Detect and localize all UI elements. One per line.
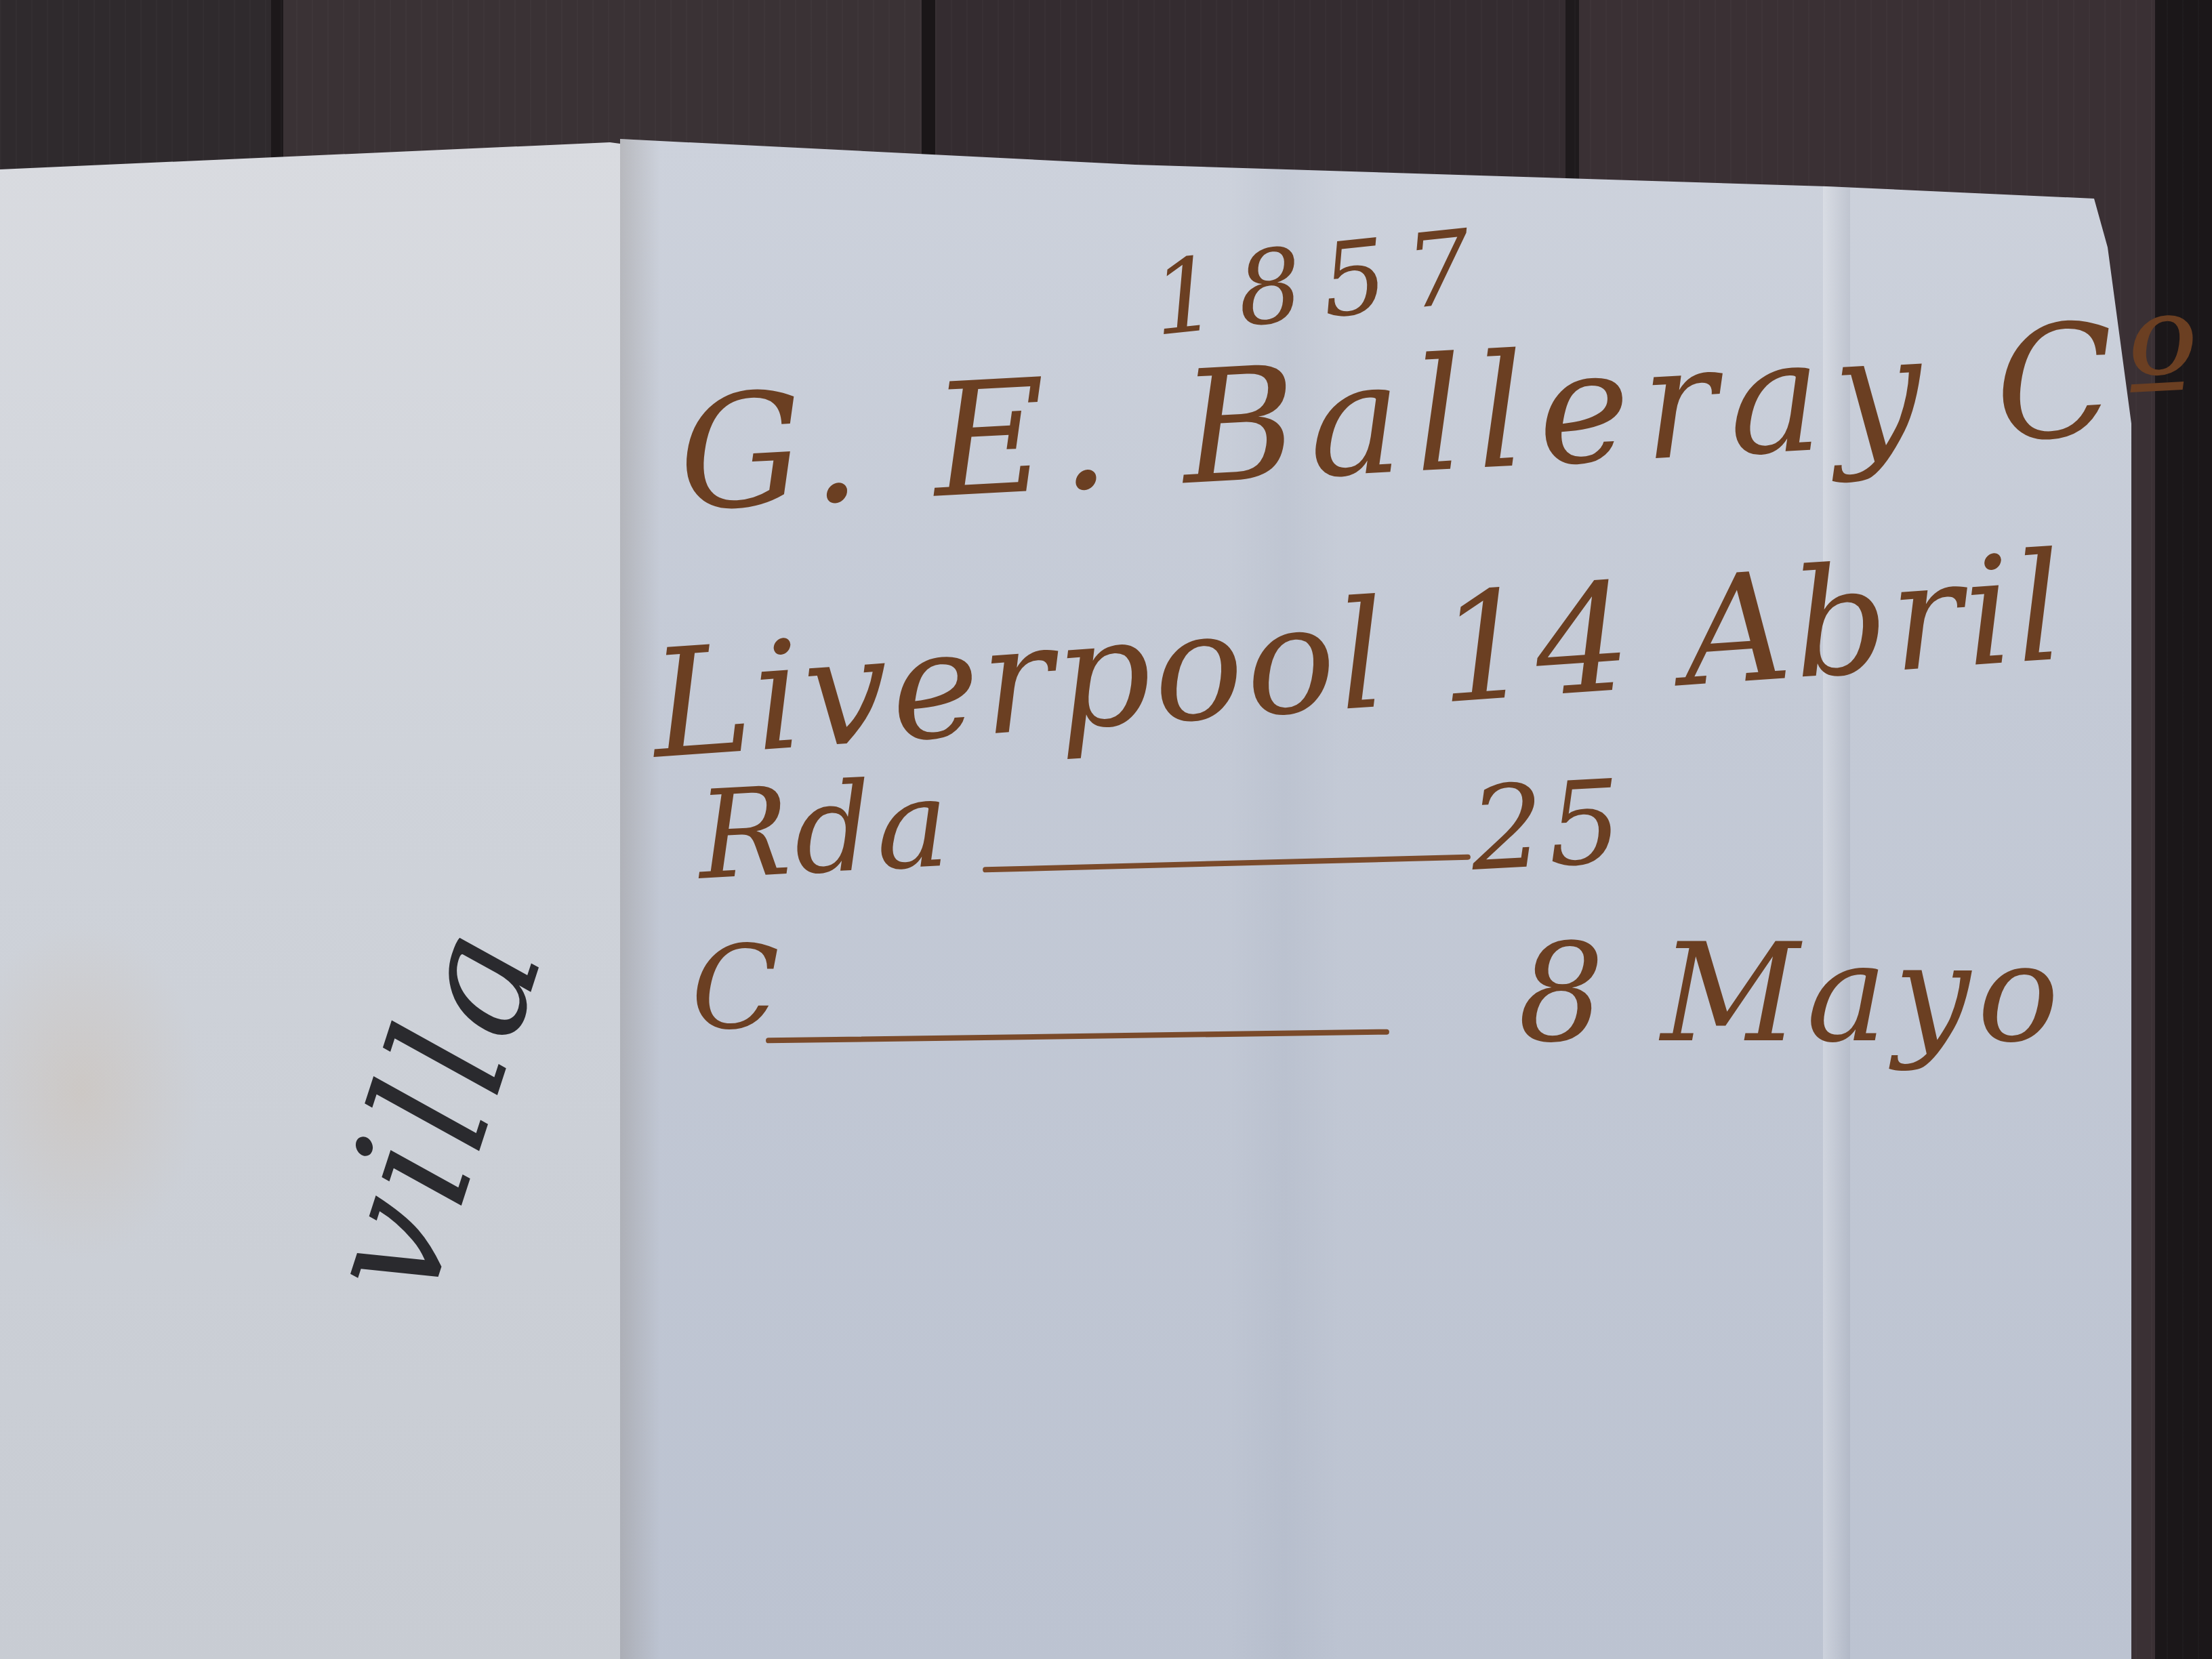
answered-date: 8 Mayo <box>1518 915 2066 1073</box>
fold-crease <box>620 139 661 1659</box>
received-day: 25 <box>1467 755 1629 897</box>
side-handwriting: villa <box>285 900 582 1319</box>
received-label: Rda <box>695 752 957 907</box>
photo-scene: villa 1857 G. E. Balleray Cº Liverpool 1… <box>0 0 2212 1659</box>
answered-label: C <box>691 922 783 1056</box>
left-page: villa <box>0 142 630 1659</box>
